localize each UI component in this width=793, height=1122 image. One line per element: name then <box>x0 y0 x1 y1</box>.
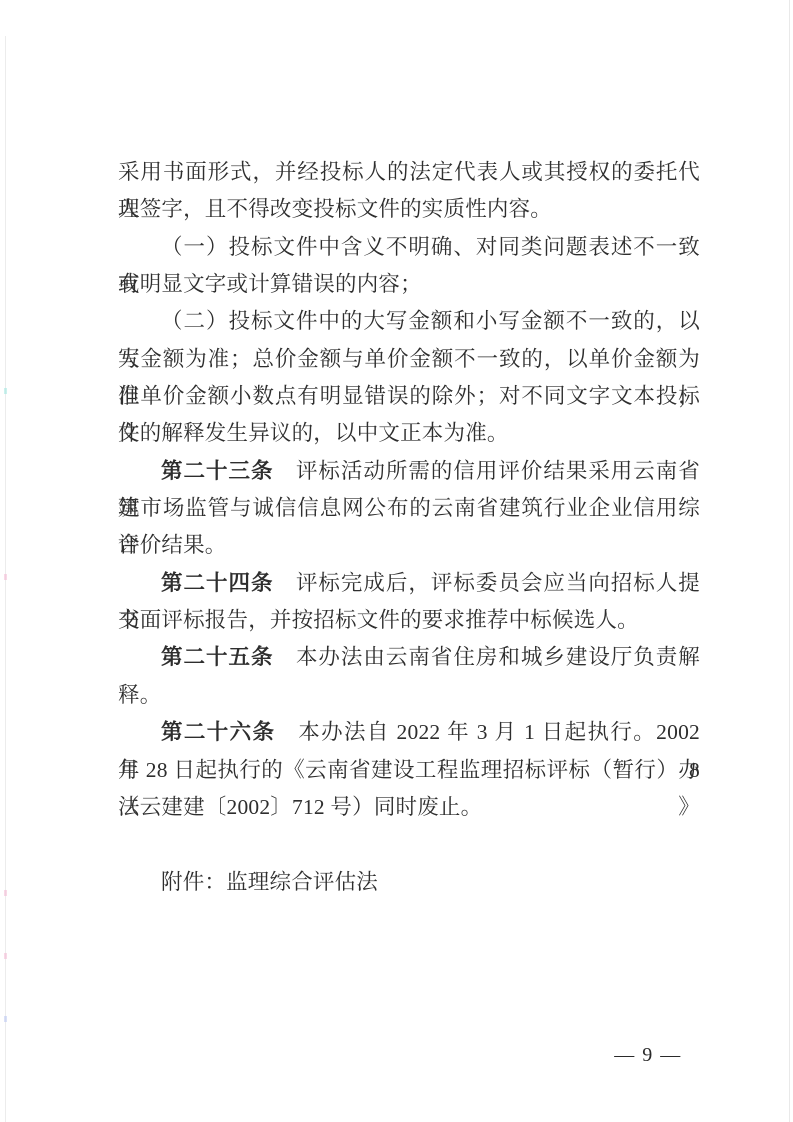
text-line: 有明显文字或计算错误的内容； <box>118 266 700 303</box>
scan-edge-line-right <box>789 0 790 1122</box>
text-line: 第二十四条 评标完成后，评标委员会应当向招标人提交 <box>118 565 700 602</box>
text-run: 本办法由云南省住房和城乡建设厅负责解 <box>273 645 700 669</box>
scan-artifact-tick <box>4 1016 7 1022</box>
article-number: 第二十六条 <box>161 720 275 744</box>
document-body: 采用书面形式，并经投标人的法定代表人或其授权的委托代理人签字，且不得改变投标文件… <box>118 154 700 901</box>
page-number: — 9 — <box>600 1044 696 1067</box>
article-number: 第二十三条 <box>161 459 273 483</box>
text-run: 附件：监理综合评估法 <box>161 870 378 894</box>
text-run: 书面评标报告，并按招标文件的要求推荐中标候选人。 <box>118 608 639 632</box>
text-line: 第二十六条 本办法自 2022 年 3 月 1 日起执行。2002 年 8 <box>118 714 700 751</box>
text-line: 件的解释发生异议的，以中文正本为准。 <box>118 415 700 452</box>
blank-line <box>118 826 700 863</box>
text-line: 采用书面形式，并经投标人的法定代表人或其授权的委托代理 <box>118 154 700 191</box>
scan-artifact-tick <box>4 388 7 394</box>
scan-artifact-tick <box>4 953 7 959</box>
scan-artifact-tick <box>4 574 7 580</box>
text-line: 书面评标报告，并按招标文件的要求推荐中标候选人。 <box>118 602 700 639</box>
text-line: 人签字，且不得改变投标文件的实质性内容。 <box>118 191 700 228</box>
text-run: 有明显文字或计算错误的内容； <box>118 272 422 296</box>
text-line: 筑市场监管与诚信信息网公布的云南省建筑行业企业信用综合 <box>118 490 700 527</box>
text-line: 附件：监理综合评估法 <box>118 864 700 901</box>
text-line: 月 28 日起执行的《云南省建设工程监理招标评标（暂行）办法》 <box>118 752 700 789</box>
article-number: 第二十四条 <box>161 571 273 595</box>
text-line: 评价结果。 <box>118 527 700 564</box>
text-run: （云建建〔2002〕712 号）同时废止。 <box>118 795 482 819</box>
text-line: 写金额为准；总价金额与单价金额不一致的，以单价金额为准， <box>118 341 700 378</box>
text-line: （一）投标文件中含义不明确、对同类问题表述不一致或 <box>118 229 700 266</box>
document-page: 采用书面形式，并经投标人的法定代表人或其授权的委托代理人签字，且不得改变投标文件… <box>0 0 793 1122</box>
scan-artifact-tick <box>4 890 7 896</box>
text-line: 第二十五条 本办法由云南省住房和城乡建设厅负责解 <box>118 639 700 676</box>
article-number: 第二十五条 <box>161 645 273 669</box>
text-line: 释。 <box>118 677 700 714</box>
text-line: 但单价金额小数点有明显错误的除外；对不同文字文本投标文 <box>118 378 700 415</box>
text-run: 评价结果。 <box>118 533 227 557</box>
text-run: 件的解释发生异议的，以中文正本为准。 <box>118 421 509 445</box>
text-run: 人签字，且不得改变投标文件的实质性内容。 <box>118 197 552 221</box>
text-line: 第二十三条 评标活动所需的信用评价结果采用云南省建 <box>118 453 700 490</box>
text-run: 释。 <box>118 683 161 707</box>
text-line: （二）投标文件中的大写金额和小写金额不一致的，以大 <box>118 303 700 340</box>
